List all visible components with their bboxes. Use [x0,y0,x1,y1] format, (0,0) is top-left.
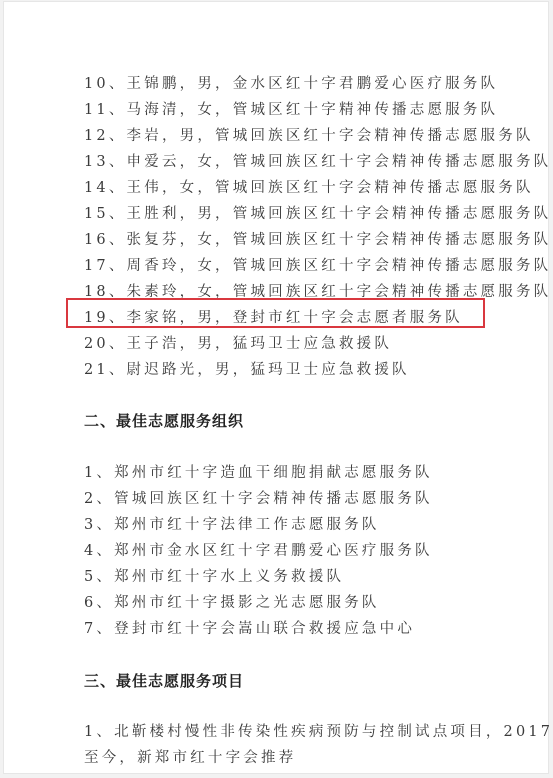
list-item: 21、尉迟路光，男，猛玛卫士应急救援队 [84,360,410,380]
section-heading-organizations: 二、最佳志愿服务组织 [84,411,244,431]
list-item: 4、郑州市金水区红十字君鹏爱心医疗服务队 [84,541,433,561]
document-page: 10、王锦鹏，男，金水区红十字君鹏爱心医疗服务队 11、马海清，女，管城区红十字… [3,1,549,774]
list-item: 1、郑州市红十字造血干细胞捐献志愿服务队 [84,463,433,483]
list-item: 15、王胜利，男，管城回族区红十字会精神传播志愿服务队 [84,204,551,224]
list-item: 16、张复芬，女，管城回族区红十字会精神传播志愿服务队 [84,230,551,250]
list-item: 14、王伟，女，管城回族区红十字会精神传播志愿服务队 [84,178,534,198]
list-item: 12、李岩，男，管城回族区红十字会精神传播志愿服务队 [84,126,534,146]
highlight-box [66,298,485,328]
list-item: 6、郑州市红十字摄影之光志愿服务队 [84,593,380,613]
list-item: 2、管城回族区红十字会精神传播志愿服务队 [84,489,433,509]
list-item: 7、登封市红十字会嵩山联合救援应急中心 [84,619,415,639]
list-item: 1、北靳楼村慢性非传染性疾病预防与控制试点项目，2017 年 [84,722,553,742]
list-item: 10、王锦鹏，男，金水区红十字君鹏爱心医疗服务队 [84,74,498,94]
list-item: 20、王子浩，男，猛玛卫士应急救援队 [84,334,392,354]
list-item: 5、郑州市红十字水上义务救援队 [84,567,344,587]
list-item: 17、周香玲，女，管城回族区红十字会精神传播志愿服务队 [84,256,551,276]
list-item-continuation: 至今，新郑市红十字会推荐 [84,748,296,768]
list-item: 3、郑州市红十字法律工作志愿服务队 [84,515,380,535]
section-heading-projects: 三、最佳志愿服务项目 [84,671,244,691]
list-item: 11、马海清，女，管城区红十字精神传播志愿服务队 [84,100,498,120]
list-item: 13、申爱云，女，管城回族区红十字会精神传播志愿服务队 [84,152,551,172]
